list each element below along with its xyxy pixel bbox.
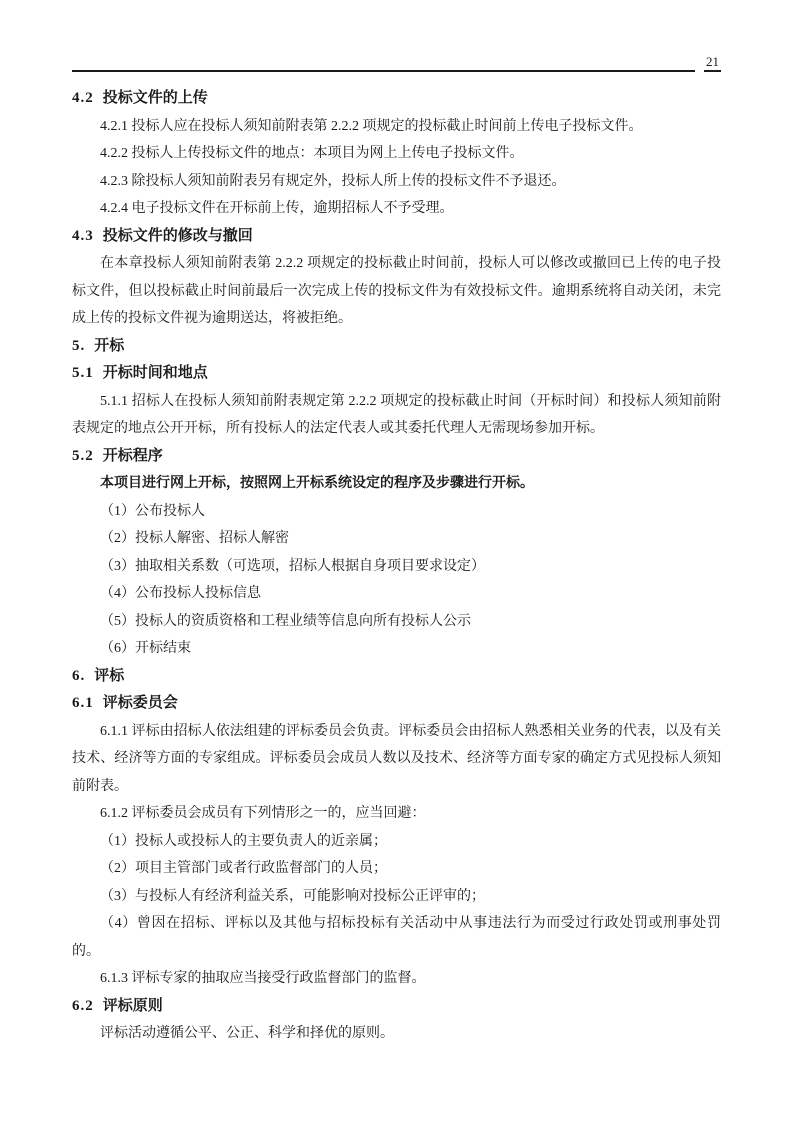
heading-title: 投标文件的修改与撤回: [103, 228, 253, 244]
heading-number: 5.2: [72, 443, 94, 471]
paragraph-5-2-intro: 本项目进行网上开标，按照网上开标系统设定的程序及步骤进行开标。: [72, 470, 721, 498]
paragraph-6-2: 评标活动遵循公平、公正、科学和择优的原则。: [72, 1020, 721, 1048]
list-item-open-2: （2）投标人解密、招标人解密: [72, 525, 721, 553]
heading-number: 6.1: [72, 690, 94, 718]
list-item-avoid-2: （2）项目主管部门或者行政监督部门的人员；: [72, 855, 721, 883]
list-item-open-6: （6）开标结束: [72, 635, 721, 663]
heading-title: 开标时间和地点: [103, 365, 208, 381]
list-item-avoid-3: （3）与投标人有经济利益关系，可能影响对投标公正评审的；: [72, 883, 721, 911]
heading-number: 5.1: [72, 360, 94, 388]
heading-number: 6.: [72, 663, 85, 691]
heading-title: 评标原则: [103, 998, 163, 1014]
clause-6-1-1: 6.1.1 评标由招标人依法组建的评标委员会负责。评标委员会由招标人熟悉相关业务…: [72, 718, 721, 801]
heading-number: 6.2: [72, 993, 94, 1021]
heading-title: 开标: [94, 338, 124, 354]
heading-number: 5.: [72, 333, 85, 361]
heading-4-3: 4.3投标文件的修改与撤回: [72, 223, 721, 251]
header-rule: [72, 70, 695, 72]
heading-title: 评标: [94, 668, 124, 684]
list-item-avoid-1: （1）投标人或投标人的主要负责人的近亲属；: [72, 828, 721, 856]
document-page: 21 4.2投标文件的上传 4.2.1 投标人应在投标人须知前附表第 2.2.2…: [0, 0, 793, 1122]
heading-5-2: 5.2开标程序: [72, 443, 721, 471]
heading-number: 4.3: [72, 223, 94, 251]
clause-4-2-3: 4.2.3 除投标人须知前附表另有规定外，投标人所上传的投标文件不予退还。: [72, 168, 721, 196]
heading-6-1: 6.1评标委员会: [72, 690, 721, 718]
heading-5: 5.开标: [72, 333, 721, 361]
clause-4-2-2: 4.2.2 投标人上传投标文件的地点：本项目为网上上传电子投标文件。: [72, 140, 721, 168]
list-item-open-5: （5）投标人的资质资格和工程业绩等信息向所有投标人公示: [72, 608, 721, 636]
list-item-avoid-4: （4）曾因在招标、评标以及其他与招标投标有关活动中从事违法行为而受过行政处罚或刑…: [72, 910, 721, 965]
heading-title: 投标文件的上传: [103, 90, 208, 106]
page-number: 21: [704, 53, 721, 72]
page-header: 21: [72, 0, 721, 72]
list-item-open-4: （4）公布投标人投标信息: [72, 580, 721, 608]
paragraph-4-3: 在本章投标人须知前附表第 2.2.2 项规定的投标截止时间前，投标人可以修改或撤…: [72, 250, 721, 333]
list-item-open-3: （3）抽取相关系数（可选项，招标人根据自身项目要求设定）: [72, 553, 721, 581]
clause-6-1-3: 6.1.3 评标专家的抽取应当接受行政监督部门的监督。: [72, 965, 721, 993]
clause-6-1-2: 6.1.2 评标委员会成员有下列情形之一的，应当回避：: [72, 800, 721, 828]
heading-title: 评标委员会: [103, 695, 178, 711]
clause-4-2-4: 4.2.4 电子投标文件在开标前上传，逾期招标人不予受理。: [72, 195, 721, 223]
heading-number: 4.2: [72, 85, 94, 113]
clause-4-2-1: 4.2.1 投标人应在投标人须知前附表第 2.2.2 项规定的投标截止时间前上传…: [72, 113, 721, 141]
list-item-open-1: （1）公布投标人: [72, 498, 721, 526]
document-body: 4.2投标文件的上传 4.2.1 投标人应在投标人须知前附表第 2.2.2 项规…: [72, 72, 721, 1048]
heading-5-1: 5.1开标时间和地点: [72, 360, 721, 388]
heading-4-2: 4.2投标文件的上传: [72, 85, 721, 113]
clause-5-1-1: 5.1.1 招标人在投标人须知前附表规定第 2.2.2 项规定的投标截止时间（开…: [72, 388, 721, 443]
heading-6-2: 6.2评标原则: [72, 993, 721, 1021]
heading-6: 6.评标: [72, 663, 721, 691]
heading-title: 开标程序: [103, 448, 163, 464]
